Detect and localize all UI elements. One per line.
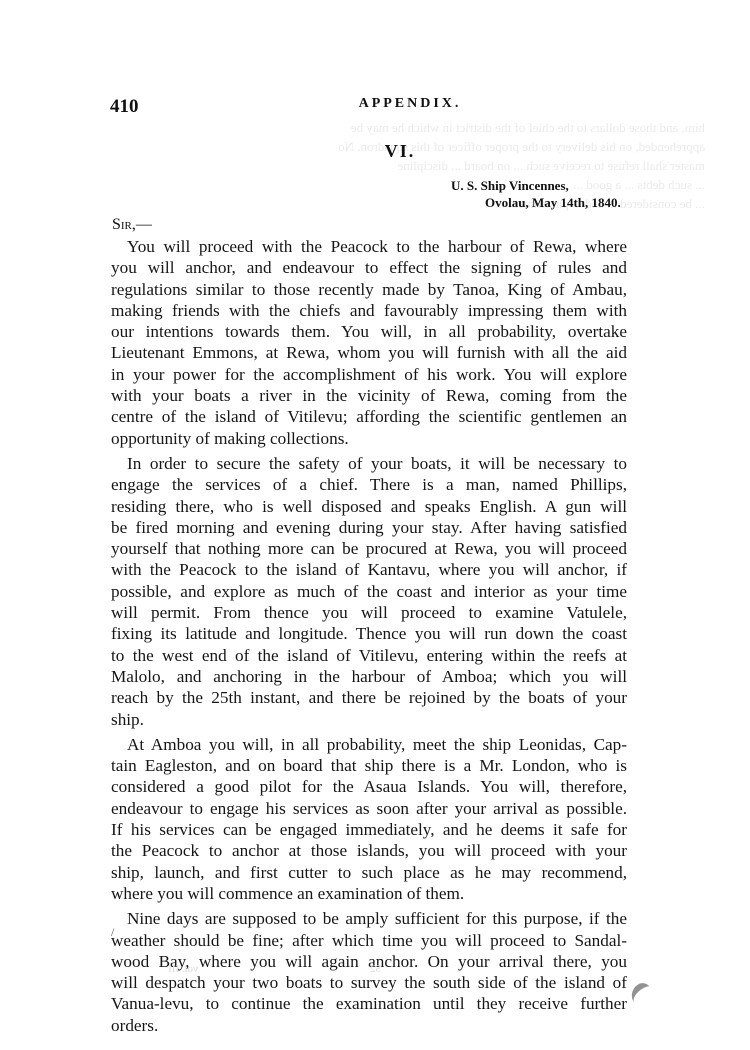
text-line: If his services can be engaged immediate…	[111, 819, 627, 840]
text-line: Nine days are supposed to be amply suffi…	[111, 908, 627, 929]
page-header: 410 APPENDIX.	[110, 96, 710, 120]
text-line: opportunity of making collections.	[111, 428, 627, 449]
text-line: where you will commence an examination o…	[111, 883, 627, 904]
text-line: fixing its latitude and longitude. Thenc…	[111, 623, 627, 644]
text-line: engage the services of a chief. There is…	[111, 474, 627, 495]
salutation: Sir,—	[112, 216, 152, 234]
text-line: considered a good pilot for the Asaua Is…	[111, 776, 627, 797]
paragraph: At Amboa you will, in all probability, m…	[111, 734, 627, 904]
text-line: with the Peacock to the island of Kantav…	[111, 559, 627, 580]
dateline-place: U. S. Ship Vincennes,	[451, 178, 569, 194]
text-line: residing there, who is well disposed and…	[111, 496, 627, 517]
text-line: will permit. From thence you will procee…	[111, 602, 627, 623]
letter-body: You will proceed with the Peacock to the…	[111, 236, 627, 1036]
text-line: our intentions towards them. You will, i…	[111, 321, 627, 342]
margin-tick-mark: /	[111, 925, 114, 940]
text-line: you will anchor, and endeavour to effect…	[111, 257, 627, 278]
page-corner-smudge	[627, 980, 658, 1011]
bleed-through-text: him, and those dollars to the chief of t…	[245, 118, 705, 213]
text-line: to the west end of the island of Vitilev…	[111, 645, 627, 666]
paragraph: In order to secure the safety of your bo…	[111, 453, 627, 730]
running-head: APPENDIX.	[110, 96, 710, 112]
text-line: yourself that nothing more can be procur…	[111, 538, 627, 559]
text-line: regulations similar to those recently ma…	[111, 279, 627, 300]
bleed-footer-volume: vol. III	[168, 963, 199, 975]
text-line: possible, and explore as much of the coa…	[111, 581, 627, 602]
dateline-date: Ovolau, May 14th, 1840.	[485, 195, 621, 211]
text-line: the Peacock to anchor at those islands, …	[111, 840, 627, 861]
text-line: will despatch your two boats to survey t…	[111, 972, 627, 993]
text-line: with your boats a river in the vicinity …	[111, 385, 627, 406]
text-line: reach by the 25th instant, and there be …	[111, 687, 627, 708]
text-line: tain Eagleston, and on board that ship t…	[111, 755, 627, 776]
text-line: endeavour to engage his services as soon…	[111, 798, 627, 819]
bleed-line: him, and those dollars to the chief of t…	[245, 118, 705, 137]
book-page: him, and those dollars to the chief of t…	[0, 0, 750, 1050]
text-line: Lieutenant Emmons, at Rewa, whom you wil…	[111, 342, 627, 363]
paragraph: You will proceed with the Peacock to the…	[111, 236, 627, 449]
text-line: ship.	[111, 709, 627, 730]
text-line: Vanua-levu, to continue the examination …	[111, 993, 627, 1014]
text-line: centre of the island of Vitilevu; afford…	[111, 406, 627, 427]
text-line: be fired morning and evening during your…	[111, 517, 627, 538]
text-line: In order to secure the safety of your bo…	[111, 453, 627, 474]
bleed-footer-signature: 52	[370, 963, 381, 975]
text-line: You will proceed with the Peacock to the…	[111, 236, 627, 257]
text-line: orders.	[111, 1015, 627, 1036]
text-line: in your power for the accomplishment of …	[111, 364, 627, 385]
text-line: ship, launch, and first cutter to such p…	[111, 862, 627, 883]
text-line: At Amboa you will, in all probability, m…	[111, 734, 627, 755]
text-line: Malolo, and anchoring in the harbour of …	[111, 666, 627, 687]
bleed-line: ... be considered ... and ... punishment…	[245, 194, 705, 213]
section-heading: VI.	[0, 141, 750, 162]
text-line: making friends with the chiefs and favou…	[111, 300, 627, 321]
text-line: weather should be fine; after which time…	[111, 930, 627, 951]
